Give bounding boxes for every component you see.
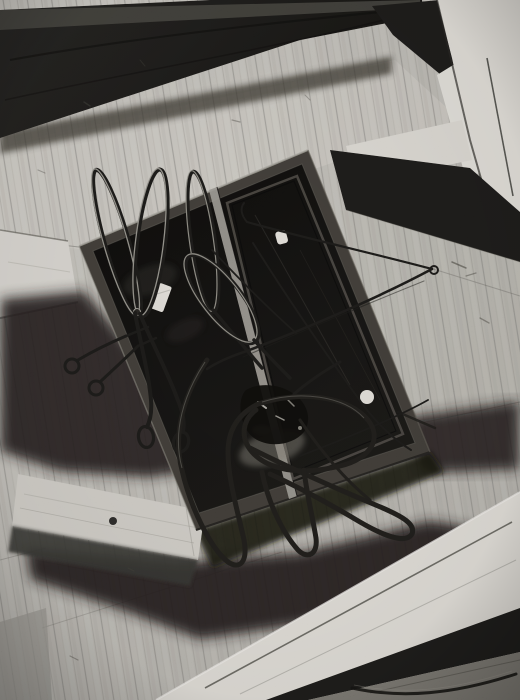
photograph-figure: open wooden instrument case, dark fabric… — [0, 0, 520, 700]
photo-stage: open wooden instrument case, dark fabric… — [0, 0, 520, 700]
photograph: open wooden instrument case, dark fabric… — [0, 0, 520, 700]
vignette — [0, 0, 520, 700]
